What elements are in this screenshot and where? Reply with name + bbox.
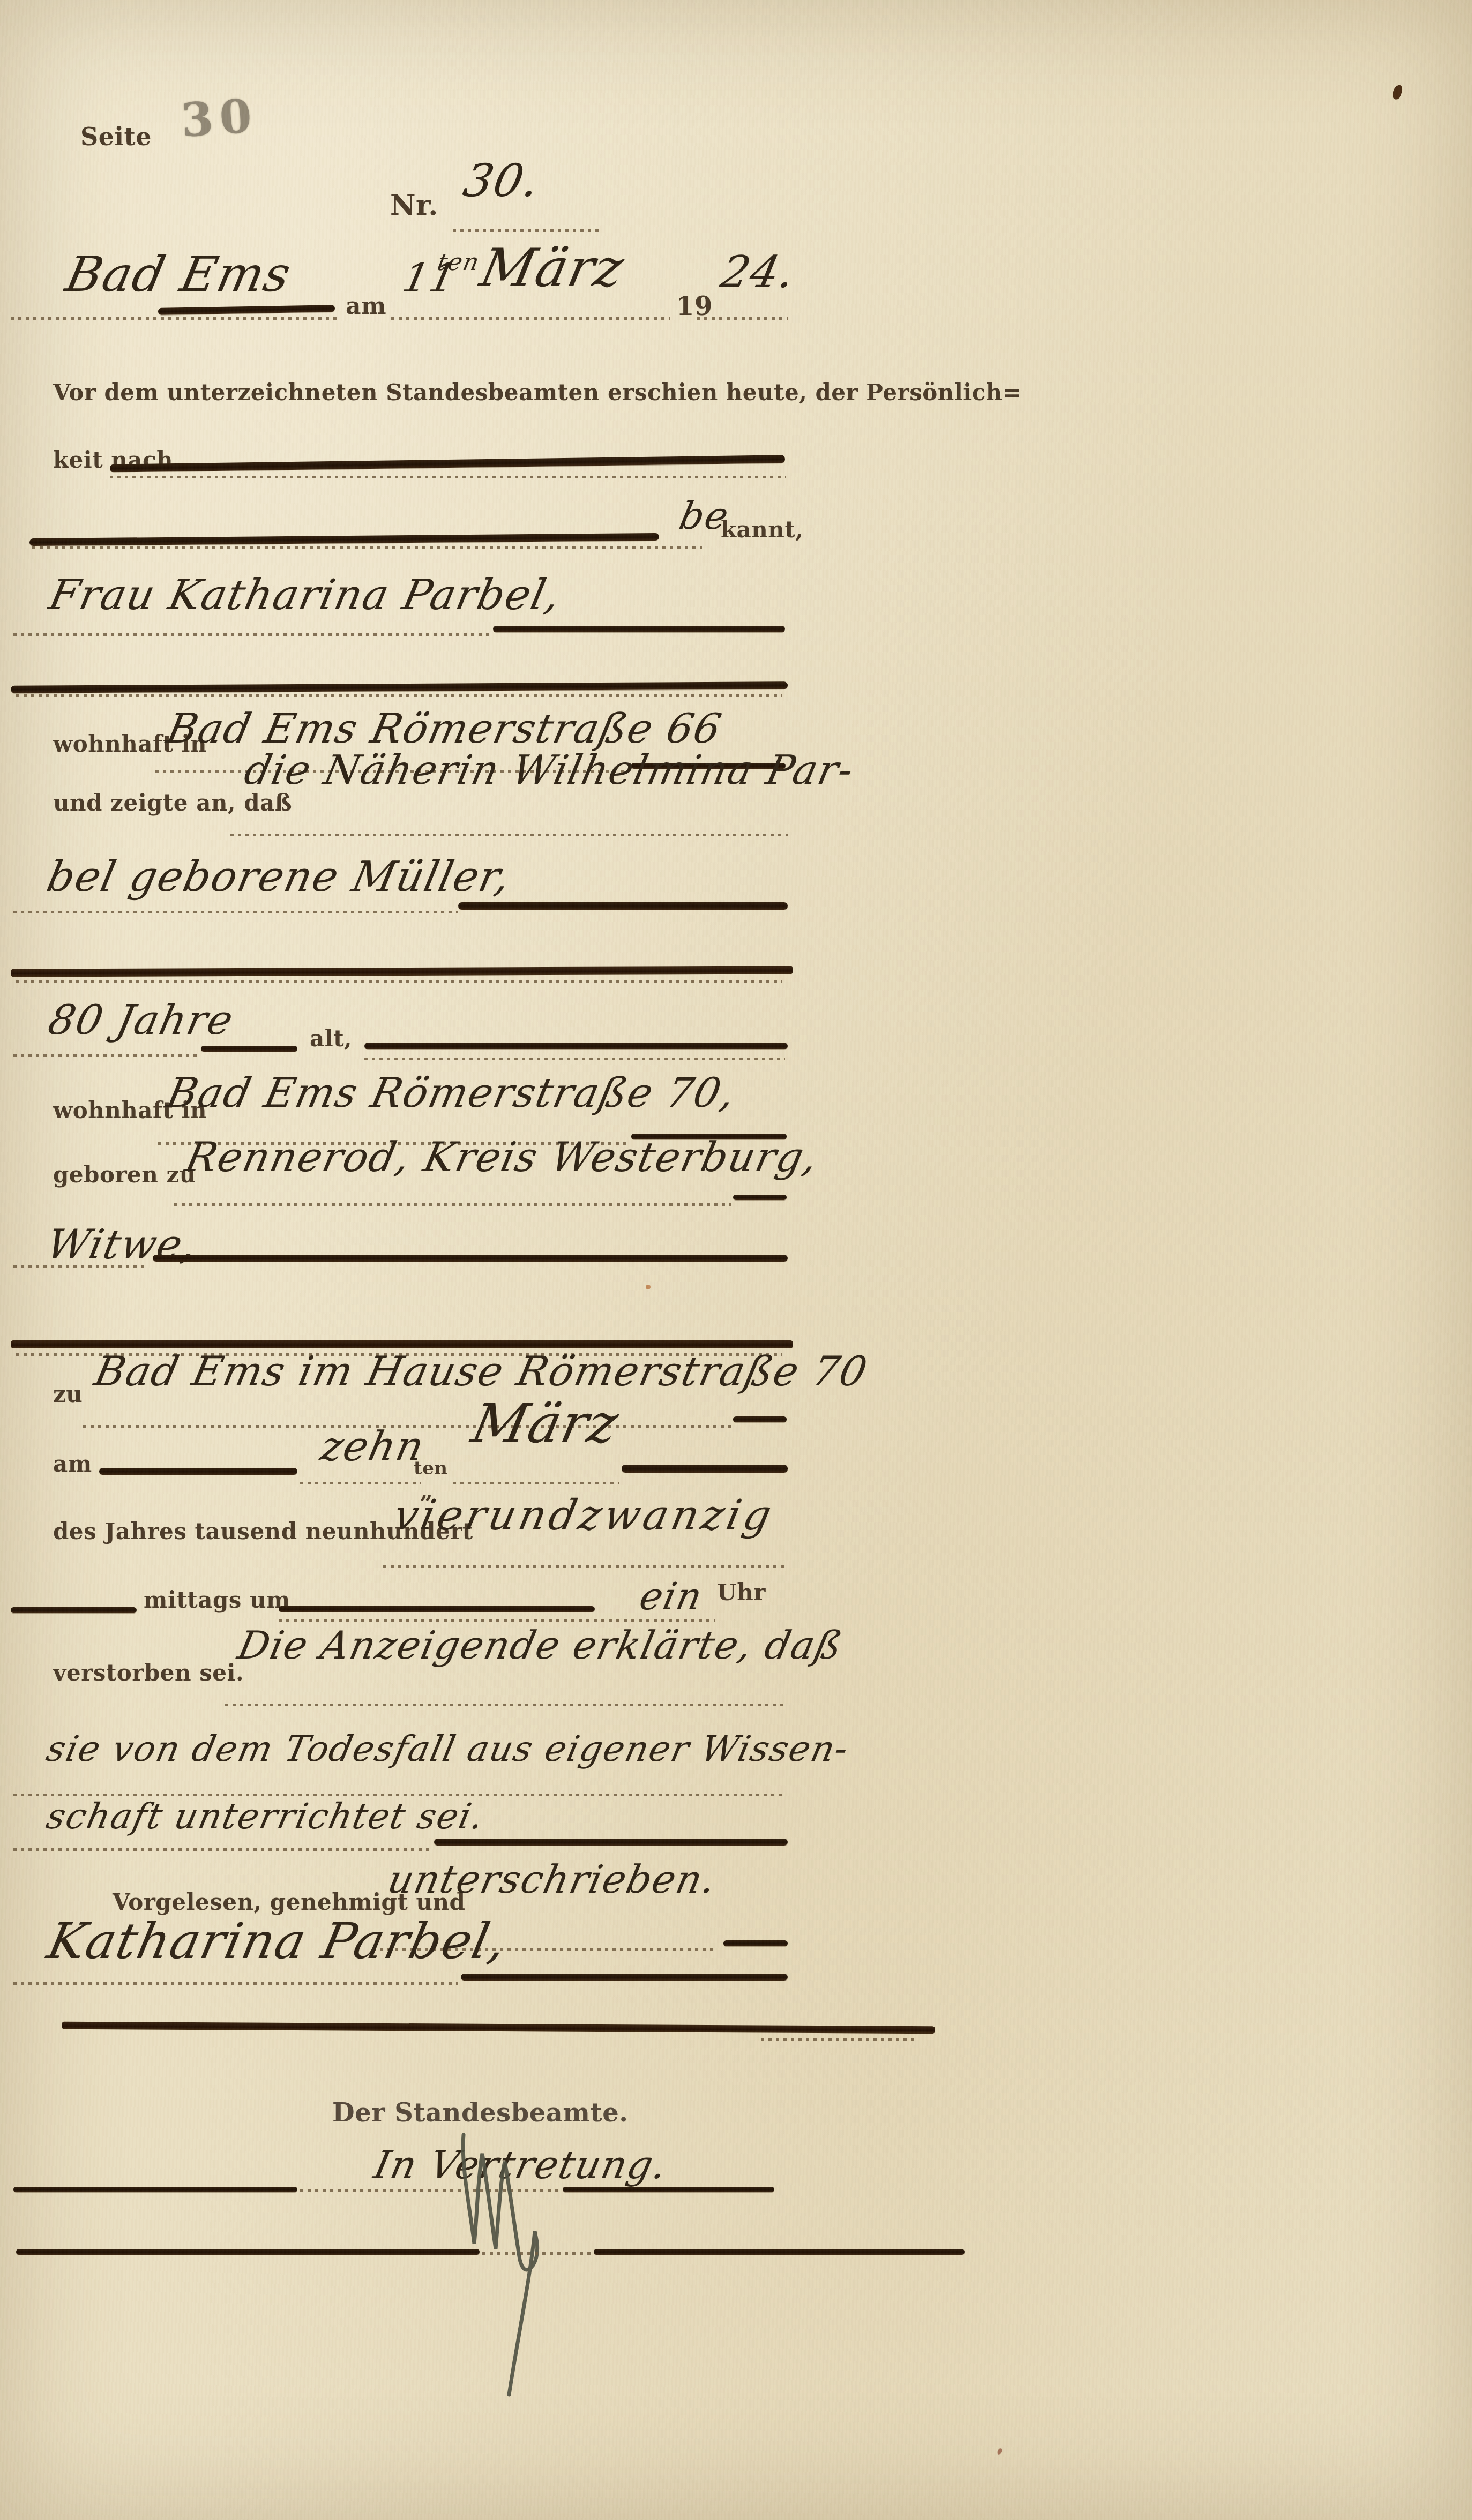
place-dotted-line (11, 317, 338, 320)
paper-speck-1 (646, 1285, 651, 1289)
declaration-line2: sie von dem Todesfall aus eigener Wissen… (43, 1731, 852, 1767)
mittags-left-stroke (11, 1607, 137, 1613)
known-printed: kannt, (721, 519, 803, 541)
bottom-line-dotted (482, 2252, 592, 2255)
closing-rule (62, 2022, 935, 2034)
year-written-value: 24. (717, 251, 799, 295)
official-signature-scrawl (423, 2116, 595, 2437)
blank-line-ink-stroke (11, 681, 788, 693)
report-place-value: Bad Ems (62, 251, 295, 299)
am-label: am (346, 295, 386, 318)
verstorben-label: verstorben sei. (53, 1662, 244, 1684)
bottom-line-left (16, 2249, 480, 2255)
unterschrieben-ink-stroke (723, 1940, 788, 1946)
status-ink-stroke (153, 1255, 788, 1262)
declaration-line3: schaft unterrichtet sei. (43, 1799, 488, 1834)
deceased-name-line1: die Näherin Wilhelmina Par- (241, 750, 858, 790)
bekannt-ink-stroke (29, 533, 659, 546)
zeigte-label: und zeigte an, daß (53, 792, 292, 814)
declaration-ink-stroke (434, 1839, 788, 1846)
deceased2-ink-stroke (458, 902, 788, 910)
appearer-dotted-line (13, 633, 490, 636)
section-rule-1-dotted (16, 980, 782, 983)
appearer-signature: Katharina Parbel, (43, 1917, 512, 1966)
signature-dotted-line (13, 1982, 458, 1985)
closing-rule-dotted (761, 2038, 916, 2041)
unterschrieben-written: unterschrieben. (385, 1860, 720, 1899)
uhr-label: Uhr (717, 1581, 766, 1604)
appearer-name: Frau Katharina Parbel, (46, 574, 565, 616)
bekannt-dotted-line (32, 546, 702, 549)
death-month-dotted-line (453, 1482, 619, 1484)
date-dotted-line (391, 317, 670, 320)
death-day-left-stroke (99, 1468, 297, 1475)
deceased-birthplace: Rennerod, Kreis Westerburg, (182, 1137, 822, 1177)
appearer-residence: Bad Ems Römerstraße 66 (163, 708, 726, 749)
birthplace-ink-stroke (733, 1195, 787, 1200)
death-month-written: März (467, 1397, 624, 1451)
death-year-written: vierundzwanzig (390, 1495, 778, 1536)
status-dotted-line (13, 1265, 147, 1268)
page-number-stamp: 30 (180, 93, 259, 144)
year-printed-prefix: 19 (676, 294, 713, 319)
death-day-written: zehn (317, 1426, 428, 1467)
blank-line-dotted (16, 694, 782, 697)
birthplace-dotted-line (174, 1203, 731, 1206)
bottom-line-right (594, 2249, 965, 2255)
deceased-name-line2: bel geborene Müller, (43, 856, 515, 898)
declaration1-dotted-line (225, 1704, 785, 1706)
age-ink-stroke (201, 1046, 297, 1052)
identity-dotted-line (110, 476, 786, 478)
report-month-value: März (476, 242, 629, 295)
death-month-ink-stroke (622, 1465, 788, 1473)
am2-label: am (53, 1453, 92, 1475)
mittags-mid-stroke (279, 1606, 595, 1612)
death-hour-written: ein (637, 1578, 706, 1615)
year-dotted-line (697, 317, 788, 320)
intro-line1: Vor dem unterzeichneten Standesbeamten e… (53, 381, 1022, 404)
section-rule-1 (11, 966, 793, 977)
identity-ink-stroke (110, 455, 785, 472)
vertretung-line-left (13, 2187, 297, 2192)
deceased1-dotted-line (230, 834, 788, 836)
report-day-suffix: ten (435, 251, 482, 274)
signature-ink-stroke (461, 1974, 788, 1981)
alt-label: alt, (310, 1027, 352, 1050)
deceased2-dotted-line (13, 911, 458, 913)
seite-label: Seite (80, 124, 152, 149)
mittags-label: mittags um (144, 1589, 290, 1611)
age-dotted-line (13, 1054, 198, 1057)
place-ink-stroke (158, 305, 335, 315)
death-day-suffix: ten (414, 1459, 448, 1477)
declaration-line1: Die Anzeigende erklärte, daß (235, 1626, 847, 1664)
ink-blot (1392, 84, 1403, 100)
declaration3-dotted-line (13, 1848, 429, 1851)
deceased-residence: Bad Ems Römerstraße 70, (163, 1072, 739, 1113)
alt-dotted-line (364, 1057, 785, 1060)
paper-speck-2 (997, 2448, 1003, 2455)
death-place: Bad Ems im Hause Römerstraße 70 (91, 1351, 871, 1392)
death-day-dotted-line (300, 1482, 421, 1484)
deceased-age: 80 Jahre (45, 1000, 237, 1040)
geboren-label: geboren zu (53, 1164, 196, 1186)
nr-dotted-line (453, 229, 600, 232)
mittags-dotted-line (279, 1619, 715, 1622)
zu-label: zu (53, 1383, 83, 1406)
nr-value: 30. (460, 158, 544, 203)
alt-ink-stroke (364, 1042, 788, 1049)
appearer-ink-stroke (493, 626, 785, 632)
death-year-dotted-line (383, 1565, 788, 1568)
nr-label: Nr. (390, 192, 438, 220)
death-place-ink-stroke (733, 1416, 787, 1422)
death-register-page: Seite 30 Nr. 30. Bad Ems am 11 ten März … (0, 0, 1472, 2520)
